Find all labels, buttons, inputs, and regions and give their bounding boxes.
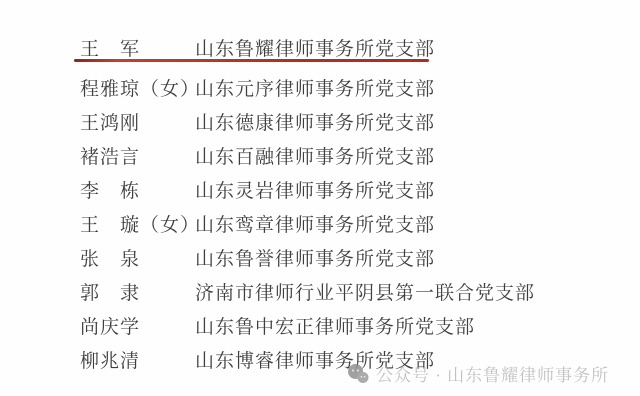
person-name: 褚浩言: [80, 142, 195, 169]
person-name: 柳兆清: [80, 346, 195, 373]
roster-row: 王 军 山东鲁耀律师事务所党支部: [80, 30, 640, 64]
party-branch: 山东鲁耀律师事务所党支部: [195, 34, 435, 61]
party-branch: 山东元序律师事务所党支部: [195, 74, 435, 101]
roster-row: 程雅琼（女） 山东元序律师事务所党支部: [80, 70, 640, 104]
roster-row: 张 泉 山东鲁誉律师事务所党支部: [80, 240, 640, 274]
party-branch: 山东百融律师事务所党支部: [195, 142, 435, 169]
person-name: 程雅琼（女）: [80, 74, 195, 101]
roster-row: 王鸿刚 山东德康律师事务所党支部: [80, 104, 640, 138]
person-name: 李 栋: [80, 176, 195, 203]
person-name: 王 军: [80, 34, 195, 61]
roster-row: 王 璇（女） 山东鸾章律师事务所党支部: [80, 206, 640, 240]
roster-row: 尚庆学 山东鲁中宏正律师事务所党支部: [80, 308, 640, 342]
person-name: 郭 隶: [80, 278, 195, 305]
party-branch: 山东鲁中宏正律师事务所党支部: [195, 312, 475, 339]
party-branch: 山东鲁誉律师事务所党支部: [195, 244, 435, 271]
roster-list: 王 军 山东鲁耀律师事务所党支部 程雅琼（女） 山东元序律师事务所党支部 王鸿刚…: [80, 30, 640, 376]
roster-row: 李 栋 山东灵岩律师事务所党支部: [80, 172, 640, 206]
party-branch: 山东德康律师事务所党支部: [195, 108, 435, 135]
roster-row: 褚浩言 山东百融律师事务所党支部: [80, 138, 640, 172]
person-name: 张 泉: [80, 244, 195, 271]
person-name: 尚庆学: [80, 312, 195, 339]
party-branch: 山东灵岩律师事务所党支部: [195, 176, 435, 203]
highlight-underline: [74, 59, 429, 62]
wechat-official-account-icon: [346, 362, 370, 386]
watermark: 公众号 · 山东鲁耀律师事务所: [346, 361, 609, 386]
watermark-label: 公众号 · 山东鲁耀律师事务所: [376, 361, 609, 386]
person-name: 王鸿刚: [80, 108, 195, 135]
party-branch: 山东鸾章律师事务所党支部: [195, 210, 435, 237]
person-name: 王 璇（女）: [80, 210, 195, 237]
document-page: 王 军 山东鲁耀律师事务所党支部 程雅琼（女） 山东元序律师事务所党支部 王鸿刚…: [0, 0, 640, 396]
party-branch: 济南市律师行业平阴县第一联合党支部: [195, 278, 535, 305]
roster-row: 郭 隶 济南市律师行业平阴县第一联合党支部: [80, 274, 640, 308]
